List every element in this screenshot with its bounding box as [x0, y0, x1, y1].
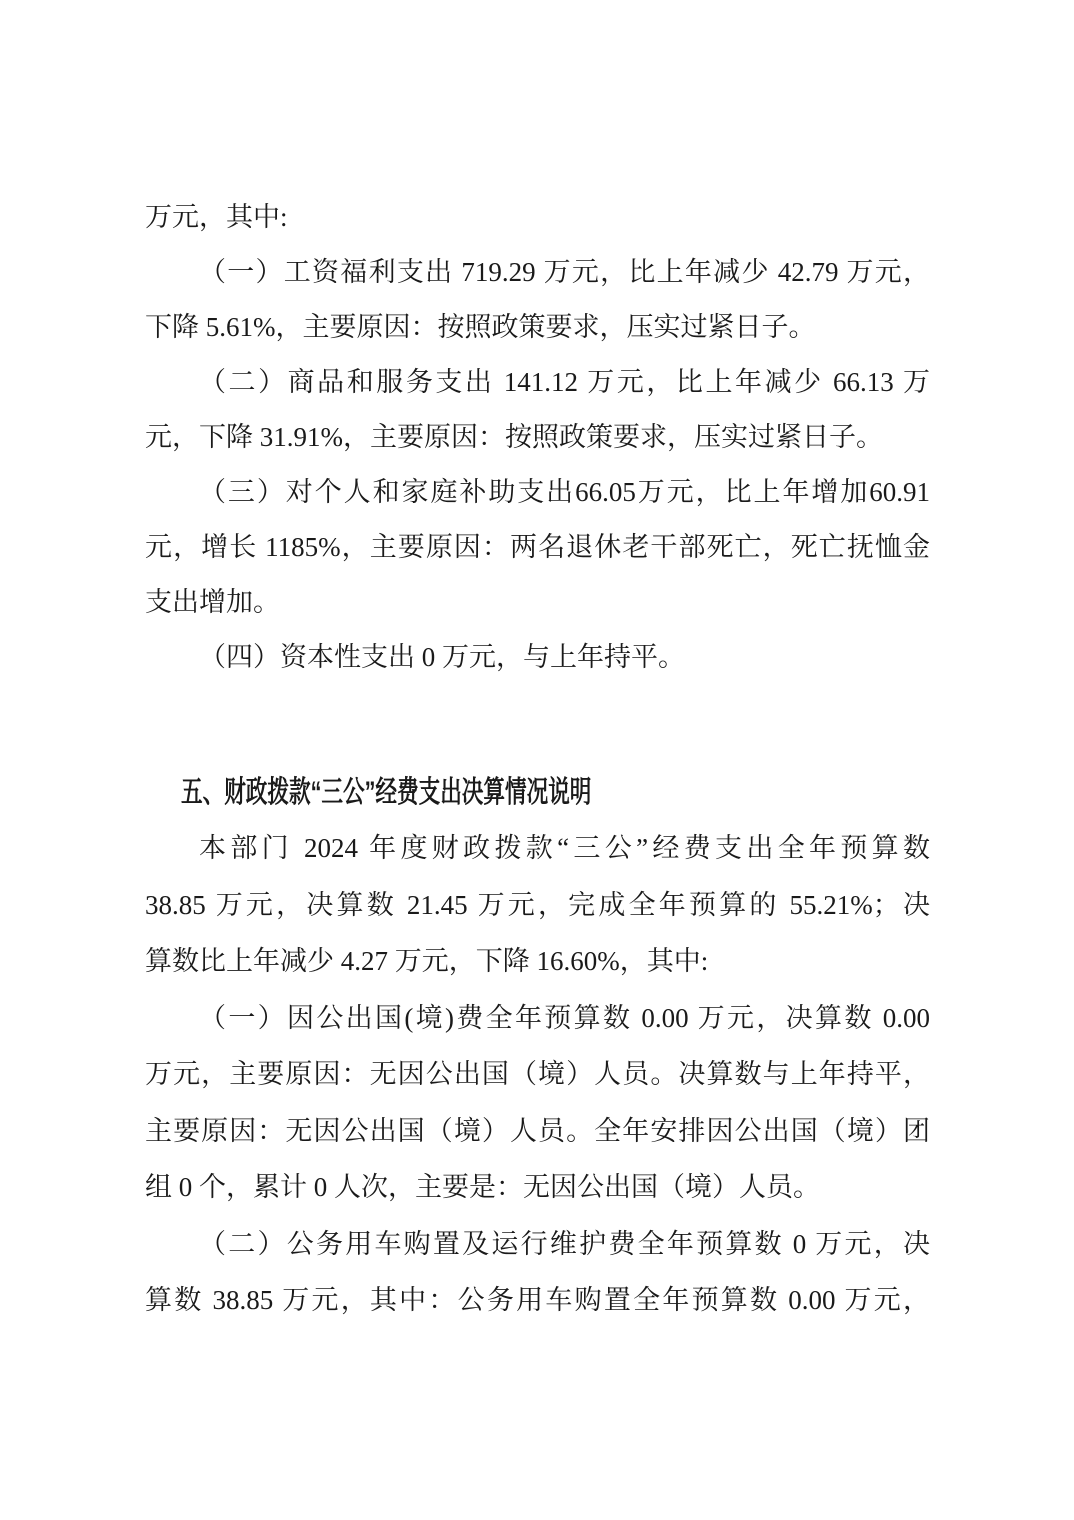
body-text-line: 组 0 个，累计 0 人次，主要是：无因公出国（境）人员。 — [145, 1159, 930, 1216]
body-text-line: 元，下降 31.91%，主要原因：按照政策要求，压实过紧日子。 — [145, 410, 930, 465]
section-three-public-expenses: 本部门 2024 年度财政拨款“三公”经费支出全年预算数 38.85 万元，决算… — [145, 820, 930, 1329]
body-text-line: 元，增长 1185%，主要原因：两名退休老干部死亡，死亡抚恤金 — [145, 520, 930, 575]
body-text-line: 万元，其中: — [145, 190, 930, 245]
body-text-line: （四）资本性支出 0 万元，与上年持平。 — [145, 630, 930, 685]
section-5-heading: 五、财政拨款“三公”经费支出决算情况说明 — [145, 765, 930, 820]
body-text-line: 主要原因：无因公出国（境）人员。全年安排因公出国（境）团 — [145, 1103, 930, 1160]
body-text-line: 下降 5.61%，主要原因：按照政策要求，压实过紧日子。 — [145, 300, 930, 355]
body-text-line: （一）因公出国(境)费全年预算数 0.00 万元，决算数 0.00 — [145, 990, 930, 1047]
body-text-line: 算数 38.85 万元，其中：公务用车购置全年预算数 0.00 万元， — [145, 1272, 930, 1329]
section-expenditure-notes: 万元，其中: （一）工资福利支出 719.29 万元，比上年减少 42.79 万… — [145, 190, 930, 685]
document-page: 万元，其中: （一）工资福利支出 719.29 万元，比上年减少 42.79 万… — [0, 0, 1074, 1520]
body-text-line: 算数比上年减少 4.27 万元，下降 16.60%，其中: — [145, 933, 930, 990]
body-text-line: （一）工资福利支出 719.29 万元，比上年减少 42.79 万元， — [145, 245, 930, 300]
body-text-line: 本部门 2024 年度财政拨款“三公”经费支出全年预算数 — [145, 820, 930, 877]
section-5-heading-text: 五、财政拨款“三公”经费支出决算情况说明 — [181, 765, 591, 820]
body-text-line: 万元，主要原因：无因公出国（境）人员。决算数与上年持平， — [145, 1046, 930, 1103]
body-text-line: （二）公务用车购置及运行维护费全年预算数 0 万元，决 — [145, 1216, 930, 1273]
body-text-line: （三）对个人和家庭补助支出66.05万元，比上年增加60.91 — [145, 465, 930, 520]
body-text-line: （二）商品和服务支出 141.12 万元，比上年减少 66.13 万 — [145, 355, 930, 410]
body-text-line: 38.85 万元，决算数 21.45 万元，完成全年预算的 55.21%；决 — [145, 877, 930, 934]
page-text-column: 万元，其中: （一）工资福利支出 719.29 万元，比上年减少 42.79 万… — [145, 190, 930, 1329]
body-text-line: 支出增加。 — [145, 575, 930, 630]
